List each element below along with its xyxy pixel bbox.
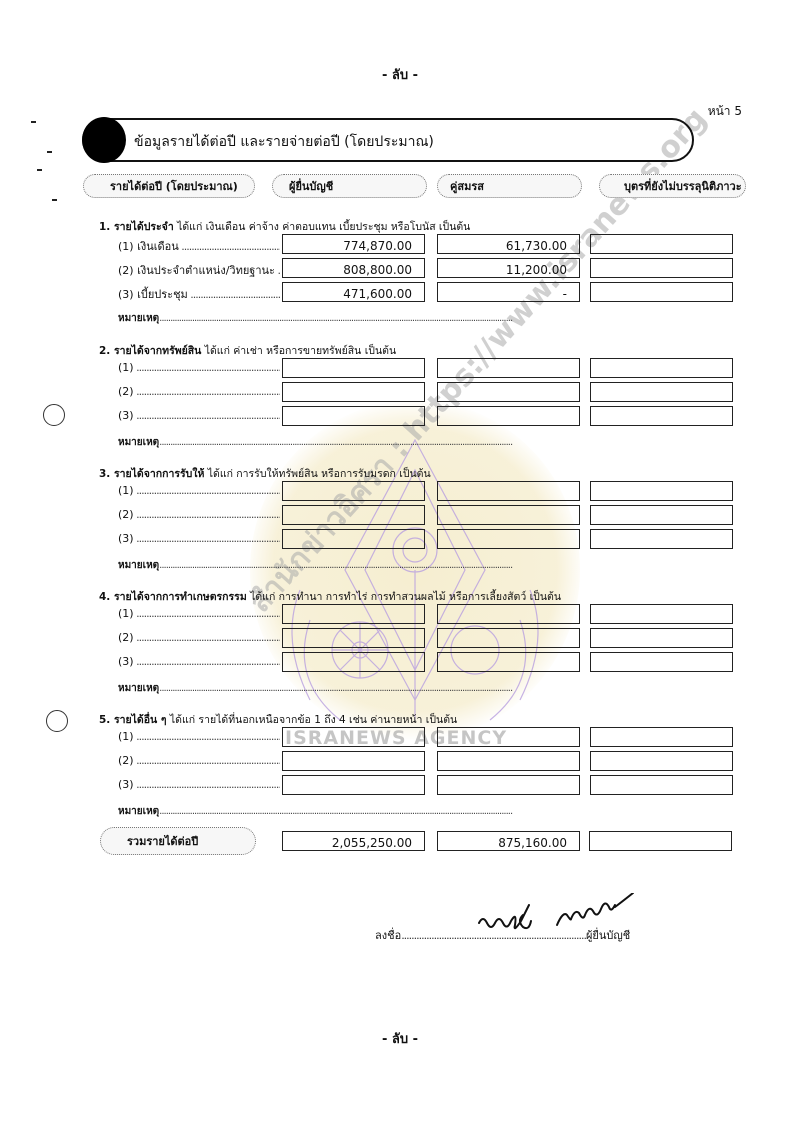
filer-amount-field[interactable]	[282, 652, 425, 672]
column-header-label: รายได้ต่อปี (โดยประมาณ)	[83, 174, 255, 198]
child-amount-field[interactable]	[590, 406, 733, 426]
filer-amount-field[interactable]: 774,870.00	[282, 234, 425, 254]
row-label: (1) ....................................…	[118, 484, 280, 497]
filer-amount-field[interactable]	[282, 505, 425, 525]
spouse-amount-field[interactable]	[437, 529, 580, 549]
section-description: ได้แก่ รายได้ที่นอกเหนือจากข้อ 1 ถึง 4 เ…	[167, 714, 458, 726]
spouse-amount-field[interactable]: 11,200.00	[437, 258, 580, 278]
row-label-text: (3)	[118, 532, 134, 545]
row-label: (2) เงินประจำตำแหน่ง/วิทยฐานะ ..........…	[118, 261, 280, 279]
filer-amount-field[interactable]	[282, 628, 425, 648]
spouse-amount-field[interactable]	[437, 406, 580, 426]
filer-amount-field[interactable]	[282, 406, 425, 426]
title-bullet-icon	[82, 117, 126, 163]
row-label: (2) ....................................…	[118, 385, 280, 398]
child-amount-field[interactable]	[590, 751, 733, 771]
column-header-spouse-text: คู่สมรส	[450, 180, 484, 193]
section-heading: 3. รายได้จากการรับให้	[99, 468, 204, 480]
child-amount-field[interactable]	[590, 505, 733, 525]
punch-hole-circle	[46, 710, 68, 732]
child-amount-field[interactable]	[590, 358, 733, 378]
note-label: หมายเหตุ	[118, 806, 159, 817]
row-label: (3) เบี้ยประชุม ........................…	[118, 285, 280, 303]
classification-top: - ลับ -	[0, 64, 800, 85]
section-description: ได้แก่ ค่าเช่า หรือการขายทรัพย์สิน เป็นต…	[201, 345, 396, 357]
row-label-text: (3)	[118, 409, 134, 422]
row-label-text: (1)	[118, 361, 134, 374]
total-filer-field[interactable]: 2,055,250.00	[282, 831, 425, 851]
punch-hole-circle	[43, 404, 65, 426]
filer-amount-field[interactable]: 471,600.00	[282, 282, 425, 302]
note-label: หมายเหตุ	[118, 683, 159, 694]
signature-prefix: ลงชื่อ	[375, 929, 401, 942]
child-amount-field[interactable]	[590, 382, 733, 402]
spouse-amount-field[interactable]: -	[437, 282, 580, 302]
row-label-text: (1) เงินเดือน	[118, 240, 179, 253]
row-label: (3) ....................................…	[118, 655, 280, 668]
row-label-text: (3)	[118, 655, 134, 668]
filer-amount-field[interactable]	[282, 751, 425, 771]
filer-amount-field[interactable]	[282, 358, 425, 378]
row-label-text: (2)	[118, 508, 134, 521]
row-label: (1) ....................................…	[118, 607, 280, 620]
section-heading: 4. รายได้จากการทำเกษตรกรรม	[99, 591, 247, 603]
note-label: หมายเหตุ	[118, 313, 159, 324]
filer-amount-field[interactable]: 808,800.00	[282, 258, 425, 278]
margin-mark	[31, 121, 36, 123]
section-note: หมายเหตุ................................…	[118, 558, 673, 573]
section-description: ได้แก่ การทำนา การทำไร่ การทำสวนผลไม้ หร…	[247, 591, 561, 603]
spouse-amount-field[interactable]	[437, 751, 580, 771]
section-note: หมายเหตุ................................…	[118, 804, 673, 819]
spouse-amount-field[interactable]	[437, 628, 580, 648]
column-header-child: บุตรที่ยังไม่บรรลุนิติภาวะ	[599, 174, 746, 198]
section-title: 2. รายได้จากทรัพย์สิน ได้แก่ ค่าเช่า หรื…	[99, 342, 396, 359]
spouse-amount-field[interactable]	[437, 481, 580, 501]
child-amount-field[interactable]	[590, 727, 733, 747]
child-amount-field[interactable]	[590, 529, 733, 549]
column-header-filer-text: ผู้ยื่นบัญชี	[289, 180, 333, 193]
spouse-amount-field[interactable]	[437, 505, 580, 525]
section-description: ได้แก่ เงินเดือน ค่าจ้าง ค่าตอบแทน เบี้ย…	[174, 221, 471, 233]
row-label-text: (2) เงินประจำตำแหน่ง/วิทยฐานะ	[118, 264, 275, 277]
column-header-child-text: บุตรที่ยังไม่บรรลุนิติภาวะ	[624, 180, 742, 193]
row-label: (3) ....................................…	[118, 778, 280, 791]
spouse-amount-field[interactable]	[437, 652, 580, 672]
spouse-amount-field[interactable]	[437, 775, 580, 795]
section-title: 4. รายได้จากการทำเกษตรกรรม ได้แก่ การทำน…	[99, 588, 561, 605]
total-label-pill: รวมรายได้ต่อปี	[100, 827, 256, 855]
child-amount-field[interactable]	[590, 652, 733, 672]
section-note: หมายเหตุ................................…	[118, 435, 673, 450]
child-amount-field[interactable]	[590, 628, 733, 648]
spouse-amount-field[interactable]	[437, 727, 580, 747]
total-child-field[interactable]	[589, 831, 732, 851]
filer-amount-field[interactable]	[282, 604, 425, 624]
total-label: รวมรายได้ต่อปี	[127, 835, 198, 848]
row-label: (1) ....................................…	[118, 361, 280, 374]
spouse-amount-field[interactable]	[437, 358, 580, 378]
child-amount-field[interactable]	[590, 282, 733, 302]
child-amount-field[interactable]	[590, 481, 733, 501]
row-label: (1) เงินเดือน ..........................…	[118, 237, 280, 255]
page-title: ข้อมูลรายได้ต่อปี และรายจ่ายต่อปี (โดยปร…	[134, 131, 434, 153]
row-label-text: (2)	[118, 754, 134, 767]
section-title: 3. รายได้จากการรับให้ ได้แก่ การรับให้ทร…	[99, 465, 431, 482]
section-heading: 2. รายได้จากทรัพย์สิน	[99, 345, 201, 357]
row-label: (2) ....................................…	[118, 508, 280, 521]
note-label: หมายเหตุ	[118, 560, 159, 571]
page-number: หน้า 5	[708, 102, 742, 121]
classification-bottom: - ลับ -	[0, 1028, 800, 1049]
row-label: (1) ....................................…	[118, 730, 280, 743]
section-note: หมายเหตุ................................…	[118, 311, 673, 326]
column-header-filer: ผู้ยื่นบัญชี	[272, 174, 427, 198]
filer-amount-field[interactable]	[282, 382, 425, 402]
filer-amount-field[interactable]	[282, 775, 425, 795]
row-label-text: (3)	[118, 778, 134, 791]
total-spouse-field[interactable]: 875,160.00	[437, 831, 580, 851]
row-label: (3) ....................................…	[118, 532, 280, 545]
row-label: (2) ....................................…	[118, 754, 280, 767]
child-amount-field[interactable]	[590, 775, 733, 795]
handwritten-signature	[475, 893, 650, 933]
filer-amount-field[interactable]	[282, 529, 425, 549]
margin-mark	[37, 169, 42, 171]
section-title: 1. รายได้ประจำ ได้แก่ เงินเดือน ค่าจ้าง …	[99, 218, 470, 235]
note-label: หมายเหตุ	[118, 437, 159, 448]
spouse-amount-field[interactable]	[437, 604, 580, 624]
spouse-amount-field[interactable]: 61,730.00	[437, 234, 580, 254]
filer-amount-field[interactable]	[282, 481, 425, 501]
section-heading: 5. รายได้อื่น ๆ	[99, 714, 167, 726]
row-label: (2) ....................................…	[118, 631, 280, 644]
row-label-text: (1)	[118, 730, 134, 743]
filer-amount-field[interactable]	[282, 727, 425, 747]
spouse-amount-field[interactable]	[437, 382, 580, 402]
section-heading: 1. รายได้ประจำ	[99, 221, 174, 233]
column-header-spouse: คู่สมรส	[437, 174, 582, 198]
child-amount-field[interactable]	[590, 234, 733, 254]
child-amount-field[interactable]	[590, 258, 733, 278]
row-label-text: (2)	[118, 631, 134, 644]
section-title: 5. รายได้อื่น ๆ ได้แก่ รายได้ที่นอกเหนือ…	[99, 711, 457, 728]
row-label-text: (1)	[118, 484, 134, 497]
child-amount-field[interactable]	[590, 604, 733, 624]
section-note: หมายเหตุ................................…	[118, 681, 673, 696]
row-label-text: (2)	[118, 385, 134, 398]
row-label-text: (1)	[118, 607, 134, 620]
section-description: ได้แก่ การรับให้ทรัพย์สิน หรือการรับมรดก…	[204, 468, 430, 480]
row-label: (3) ....................................…	[118, 409, 280, 422]
margin-mark	[52, 199, 57, 201]
margin-mark	[47, 151, 52, 153]
row-label-text: (3) เบี้ยประชุม	[118, 288, 188, 301]
column-header-label-text: รายได้ต่อปี (โดยประมาณ)	[110, 180, 238, 193]
